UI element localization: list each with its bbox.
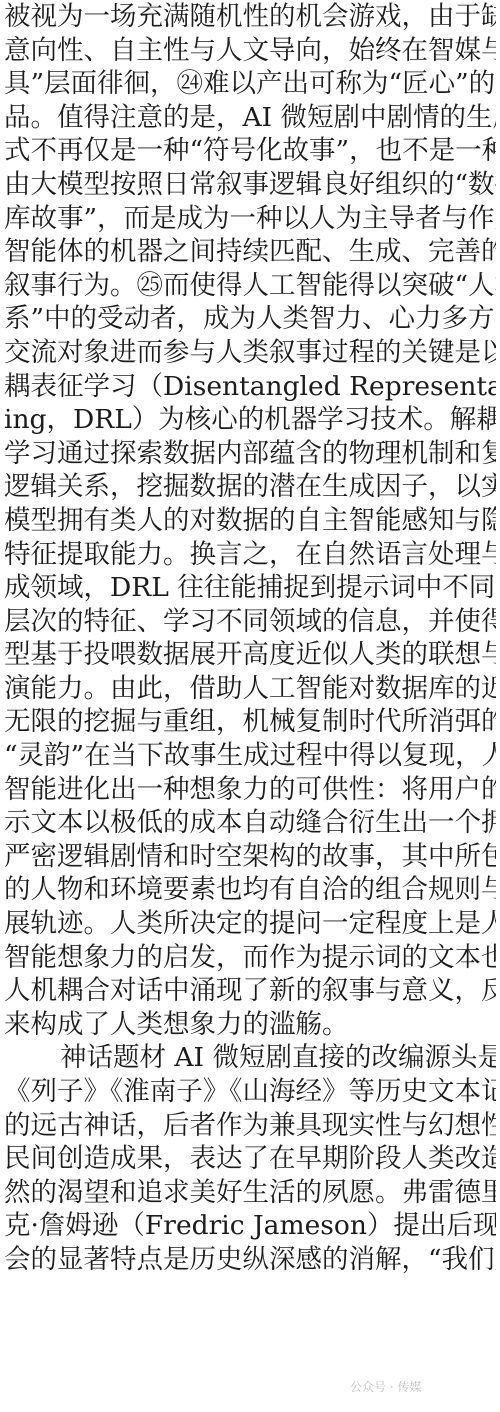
text-line: 具”层面徘徊，㉔难以产出可称为“匠心”的作 [4,67,496,101]
text-line: 特征提取能力。换言之，在自然语言处理与生 [4,538,496,572]
text-line: 民间创造成果，表达了在早期阶段人类改造自 [4,1142,496,1176]
text-line: 神话题材 AI 微短剧直接的改编源头是 [4,1041,496,1075]
text-line: 逻辑关系，挖掘数据的潜在生成因子，以实现大 [4,470,496,504]
text-line: 示文本以极低的成本自动缝合衍生出一个拥有 [4,806,496,840]
text-line: 层次的特征、学习不同领域的信息，并使得大模 [4,605,496,639]
paragraph-2: 神话题材 AI 微短剧直接的改编源头是 《列子》《淮南子》《山海经》等历史文本记… [4,1041,496,1276]
text-line: 演能力。由此，借助人工智能对数据库的近乎 [4,672,496,706]
text-line: 的远古神话，后者作为兼具现实性与幻想性的 [4,1109,496,1143]
text-line: 由大模型按照日常叙事逻辑良好组织的“数据 [4,168,496,202]
text-line: 严密逻辑剧情和时空架构的故事，其中所包含 [4,840,496,874]
text-line: 的人物和环境要素也均有自洽的组合规则与发 [4,873,496,907]
text-line: 智能体的机器之间持续匹配、生成、完善的交互 [4,235,496,269]
text-line: 学习通过探索数据内部蕴含的物理机制和复杂 [4,437,496,471]
text-line: 无限的挖掘与重组，机械复制时代所消弭的 [4,705,496,739]
text-line: 叙事行为。㉕而使得人工智能得以突破“人机关 [4,269,496,303]
document-page: 被视为一场充满随机性的机会游戏，由于缺乏 意向性、自主性与人文导向，始终在智媒与… [4,0,496,1277]
text-line: 意向性、自主性与人文导向，始终在智媒与“工 [4,34,496,68]
text-line: 式不再仅是一种“符号化故事”，也不是一种经 [4,134,496,168]
text-line: 智能想象力的启发，而作为提示词的文本也在 [4,941,496,975]
text-line: 型基于投喂数据展开高度近似人类的联想与推 [4,638,496,672]
text-line: 库故事”，而是成为一种以人为主导者与作为 [4,202,496,236]
text-line: 系”中的受动者，成为人类智力、心力多方向的 [4,302,496,336]
text-line: 耦表征学习（Disentangled Representation Learn- [4,370,496,404]
text-line: 展轨迹。人类所决定的提问一定程度上是人工 [4,907,496,941]
text-line: ing，DRL）为核心的机器学习技术。解耦表征 [4,403,496,437]
text-line: 克·詹姆逊（Fredric Jameson）提出后现代社 [4,1209,496,1243]
text-line: 模型拥有类人的对数据的自主智能感知与隐式 [4,504,496,538]
text-line: 智能进化出一种想象力的可供性：将用户的提 [4,773,496,807]
text-line: 交流对象进而参与人类叙事过程的关键是以解 [4,336,496,370]
text-line: 来构成了人类想象力的滥觞。 [4,1008,496,1042]
text-line: “灵韵”在当下故事生成过程中得以复现，人工 [4,739,496,773]
text-line: 被视为一场充满随机性的机会游戏，由于缺乏 [4,0,496,34]
text-line: 然的渴望和追求美好生活的夙愿。弗雷德里 [4,1176,496,1210]
paragraph-1: 被视为一场充满随机性的机会游戏，由于缺乏 意向性、自主性与人文导向，始终在智媒与… [4,0,496,1041]
text-line: 品。值得注意的是，AI 微短剧中剧情的生成模 [4,101,496,135]
text-line: 成领域，DRL 往往能捕捉到提示词中不同抽象 [4,571,496,605]
text-line: 会的显著特点是历史纵深感的消解，“我们只 [4,1243,496,1277]
watermark: 公众号 · 传媒 [350,1378,421,1395]
text-line: 《列子》《淮南子》《山海经》等历史文本记载 [4,1075,496,1109]
text-line: 人机耦合对话中涌现了新的叙事与意义，反过 [4,974,496,1008]
